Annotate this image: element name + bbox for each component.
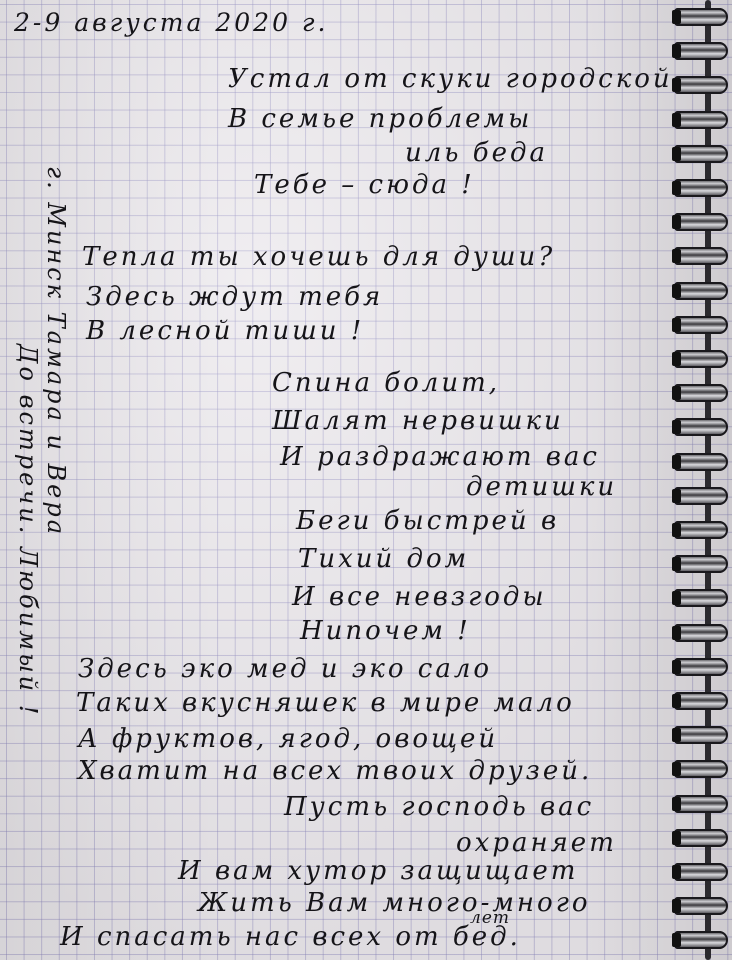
poem-line: Тепла ты хочешь для души?	[82, 244, 555, 270]
spiral-coil	[674, 555, 728, 573]
poem-line: детишки	[466, 474, 617, 500]
spiral-coil	[674, 658, 728, 676]
spiral-coil	[674, 863, 728, 881]
spiral-coil	[674, 350, 728, 368]
spiral-coil	[674, 692, 728, 710]
poem-line: Нипочем !	[300, 618, 471, 644]
spiral-coil	[674, 418, 728, 436]
spiral-coil	[674, 282, 728, 300]
spiral-coil	[674, 384, 728, 402]
notebook-page: 2-9 августа 2020 г. Устал от скуки город…	[0, 0, 732, 960]
spiral-coil	[674, 487, 728, 505]
spiral-binding	[670, 0, 732, 960]
poem-line: Тихий дом	[298, 546, 469, 572]
spiral-coil	[674, 453, 728, 471]
poem-line: В лесной тиши !	[86, 318, 364, 344]
poem-line: Шалят нервишки	[272, 408, 564, 434]
spiral-coil	[674, 8, 728, 26]
poem-line: Жить Вам много-много	[198, 890, 591, 916]
poem-line: Хватит на всех твоих друзей.	[78, 758, 592, 784]
spiral-coil	[674, 42, 728, 60]
poem-line: И все невзгоды	[292, 584, 547, 610]
spiral-coil	[674, 213, 728, 231]
poem-line: Спина болит,	[272, 370, 500, 396]
spiral-coil	[674, 760, 728, 778]
poem-line: Устал от скуки городской	[228, 66, 673, 92]
spiral-coil	[674, 179, 728, 197]
spiral-coil	[674, 589, 728, 607]
date-line: 2-9 августа 2020 г.	[14, 10, 329, 35]
spiral-coil	[674, 829, 728, 847]
spiral-coil	[674, 931, 728, 949]
poem-line: Здесь ждут тебя	[86, 284, 383, 310]
poem-line: Здесь эко мед и эко сало	[78, 656, 492, 682]
poem-line: Беги быстрей в	[296, 508, 559, 534]
poem-line: Таких вкусняшек в мире мало	[76, 690, 575, 716]
spiral-coil	[674, 726, 728, 744]
poem-line: иль беда	[405, 140, 548, 166]
spiral-coil	[674, 897, 728, 915]
poem-line: И вам хутор защищает	[178, 858, 578, 884]
poem-line: А фруктов, ягод, овощей	[78, 726, 498, 752]
spiral-coil	[674, 521, 728, 539]
poem-line: Пусть господь вас	[284, 794, 594, 820]
poem-line: Тебе – сюда !	[254, 172, 475, 198]
spiral-coil	[674, 316, 728, 334]
poem-line: охраняет	[456, 830, 617, 856]
poem-line: В семье проблемы	[228, 106, 532, 132]
spiral-coil	[674, 76, 728, 94]
spiral-coil	[674, 624, 728, 642]
margin-note-1: г. Минск Тамара и Вера	[42, 166, 70, 537]
spiral-coil	[674, 795, 728, 813]
margin-note-2: До встречи. Любимый !	[14, 344, 42, 717]
spiral-coil	[674, 111, 728, 129]
poem-line: И раздражают вас	[280, 444, 600, 470]
spiral-coil	[674, 145, 728, 163]
spiral-coil	[674, 247, 728, 265]
poem-line: И спасать нас всех от бед.	[60, 924, 521, 950]
